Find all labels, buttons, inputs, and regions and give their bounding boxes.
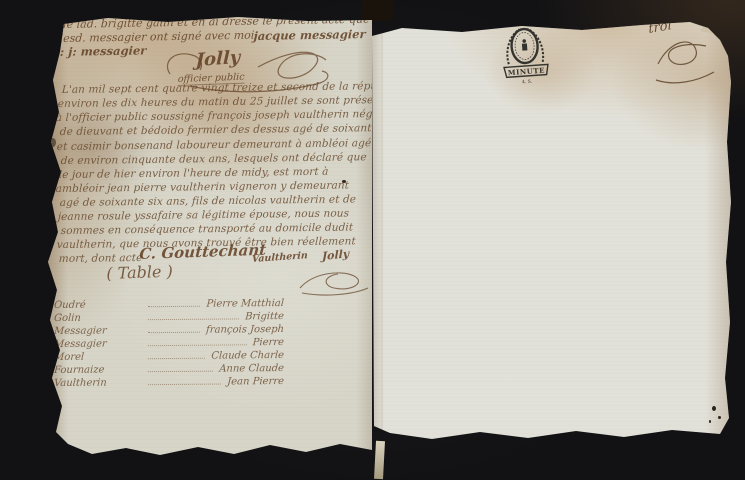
table-given-name: Pierre Matthial — [206, 298, 284, 310]
table-surname: Messagier — [54, 325, 147, 337]
paragraph-line: jeanne rosule yssafaire sa légitime épou… — [58, 207, 350, 223]
paragraph-line: agé de soixante six ans, fils de nicolas… — [60, 193, 357, 209]
table-heading: ( Table ) — [106, 262, 173, 283]
ink-speck — [709, 420, 711, 423]
table-given-name: Jean Pierre — [227, 376, 285, 388]
table-row: Messagier Pierre — [54, 337, 285, 350]
left-page: de lad. brigitte galin et en ai dressé l… — [48, 14, 372, 456]
table-given-name: Brigitte — [245, 311, 285, 322]
dotted-leader — [148, 317, 239, 320]
table-surname: Fournaize — [54, 364, 147, 376]
officiant-signature: Jolly — [195, 47, 240, 71]
table-given-name: françois Joseph — [206, 324, 285, 336]
ink-speck — [342, 180, 346, 183]
dotted-leader — [148, 357, 205, 360]
table-row: Vaultherin Jean Pierre — [54, 376, 285, 389]
ink-speck — [718, 416, 721, 419]
table-given-name: Claude Charle — [211, 350, 284, 362]
ink-speck — [712, 406, 716, 411]
paragraph-line: de dieuvant et bédoido fermier des dessu… — [60, 122, 401, 138]
table-row: Messagier françois Joseph — [54, 324, 285, 337]
binding-cord — [374, 441, 385, 479]
officer-closing-signature: Jolly — [322, 247, 349, 263]
dotted-leader — [148, 331, 200, 333]
table-given-name: Anne Claude — [219, 363, 284, 375]
table-surname: Morel — [54, 351, 147, 363]
torn-corner-flap — [700, 8, 730, 36]
dotted-leader — [148, 370, 213, 373]
table-row: Morel Claude Charle — [54, 350, 285, 363]
paragraph-line: ambléoir jean pierre vaultherin vigneron… — [56, 179, 350, 195]
table-surname: Vaultherin — [54, 377, 147, 389]
dotted-leader — [148, 343, 247, 346]
stamp-denomination: 4. S. — [522, 79, 533, 86]
table-surname: Oudré — [54, 299, 147, 311]
paragraph-line: et casimir bonsenand laboureur demeurant… — [57, 137, 372, 153]
table-row: Golin Brigitte — [54, 311, 285, 324]
paragraph-line: sommes en conséquence transporté au domi… — [61, 221, 354, 237]
registrar-signature: C. Gouttechant — [139, 241, 267, 263]
table-row: Oudré Pierre Matthial — [54, 298, 285, 311]
right-page: MINUTE 4. S. troi — [372, 22, 731, 446]
dotted-leader — [148, 305, 201, 307]
table-surname: Messagier — [54, 338, 147, 350]
table-row: Fournaize Anne Claude — [54, 363, 285, 376]
witness-signature: jacque messagier — [253, 27, 366, 43]
ink-smudge — [50, 138, 56, 147]
folio-paraph — [652, 34, 718, 88]
table-given-name: Pierre — [252, 337, 284, 348]
binding-tab — [361, 0, 394, 21]
table-surname: Golin — [54, 312, 147, 324]
dotted-leader — [148, 383, 221, 386]
witness-signature: h: j: messagier — [51, 43, 146, 59]
manuscript-scan: de lad. brigitte galin et en ai dressé l… — [0, 0, 745, 480]
paragraph-line: de environ cinquante deux ans, lesquels … — [61, 151, 367, 167]
notarial-stamp-icon: MINUTE 4. S. — [496, 22, 554, 86]
paragraph-line: le jour de hier environ l'heure de midy,… — [59, 166, 329, 181]
closing-paraph — [294, 266, 374, 296]
